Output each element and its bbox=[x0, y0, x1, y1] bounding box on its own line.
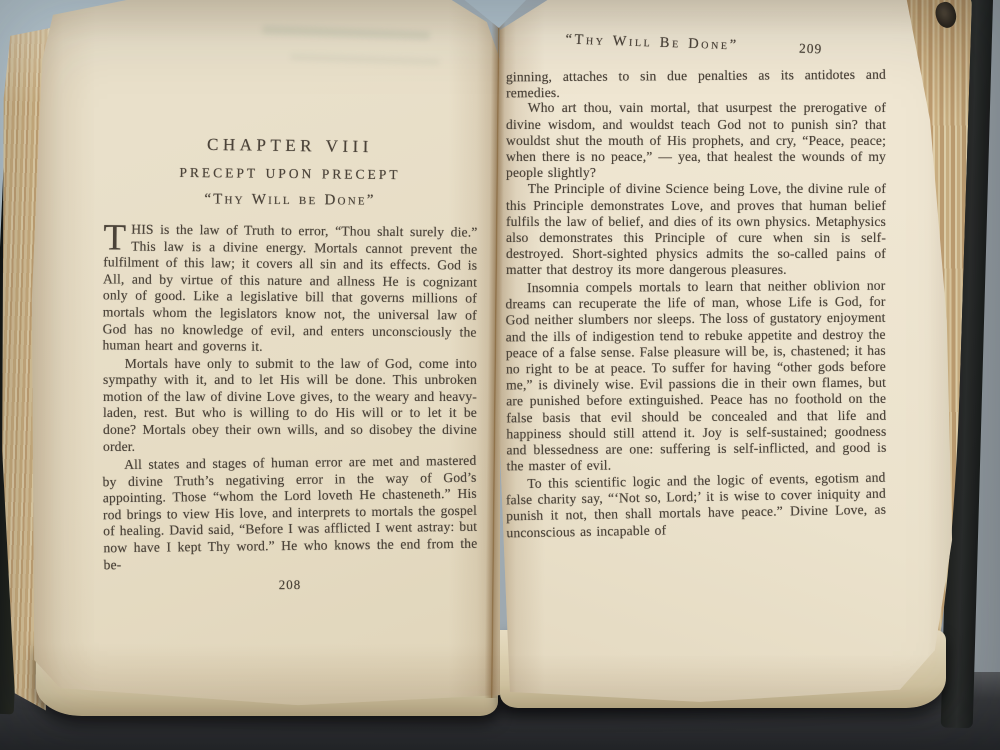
running-header: “Thy Will Be Done” 209 bbox=[506, 29, 886, 62]
chapter-subheading: PRECEPT UPON PRECEPT bbox=[103, 164, 477, 185]
body-paragraph: THIS is the law of Truth to error, “Thou… bbox=[102, 221, 477, 357]
page-number-left: 208 bbox=[103, 575, 477, 596]
paragraph-text: HIS is the law of Truth to error, “Thou … bbox=[102, 221, 477, 353]
book-photograph: CHAPTER VIII PRECEPT UPON PRECEPT “Thy W… bbox=[0, 0, 1000, 750]
running-header-title: “Thy Will Be Done” bbox=[506, 29, 798, 55]
body-paragraph: Who art thou, vain mortal, that usurpest… bbox=[506, 100, 886, 181]
body-paragraph: Mortals have only to submit to the law o… bbox=[103, 356, 477, 456]
body-paragraph: The Principle of divine Science being Lo… bbox=[506, 181, 886, 278]
drop-cap: T bbox=[103, 221, 131, 253]
body-paragraph: To this scientific logic and the logic o… bbox=[505, 470, 886, 541]
page-number-right: 209 bbox=[799, 41, 823, 58]
body-paragraph: Insomnia compels mortals to learn that n… bbox=[505, 277, 886, 474]
body-paragraph: All states and stages of human error are… bbox=[102, 453, 477, 574]
chapter-heading: CHAPTER VIII bbox=[103, 135, 477, 157]
body-paragraph: ginning, attaches to sin due penalties a… bbox=[506, 67, 886, 102]
right-page-text: “Thy Will Be Done” 209 ginning, attaches… bbox=[506, 0, 886, 538]
left-page-text: CHAPTER VIII PRECEPT UPON PRECEPT “Thy W… bbox=[103, 0, 477, 594]
section-title: “Thy Will be Done” bbox=[103, 191, 477, 210]
